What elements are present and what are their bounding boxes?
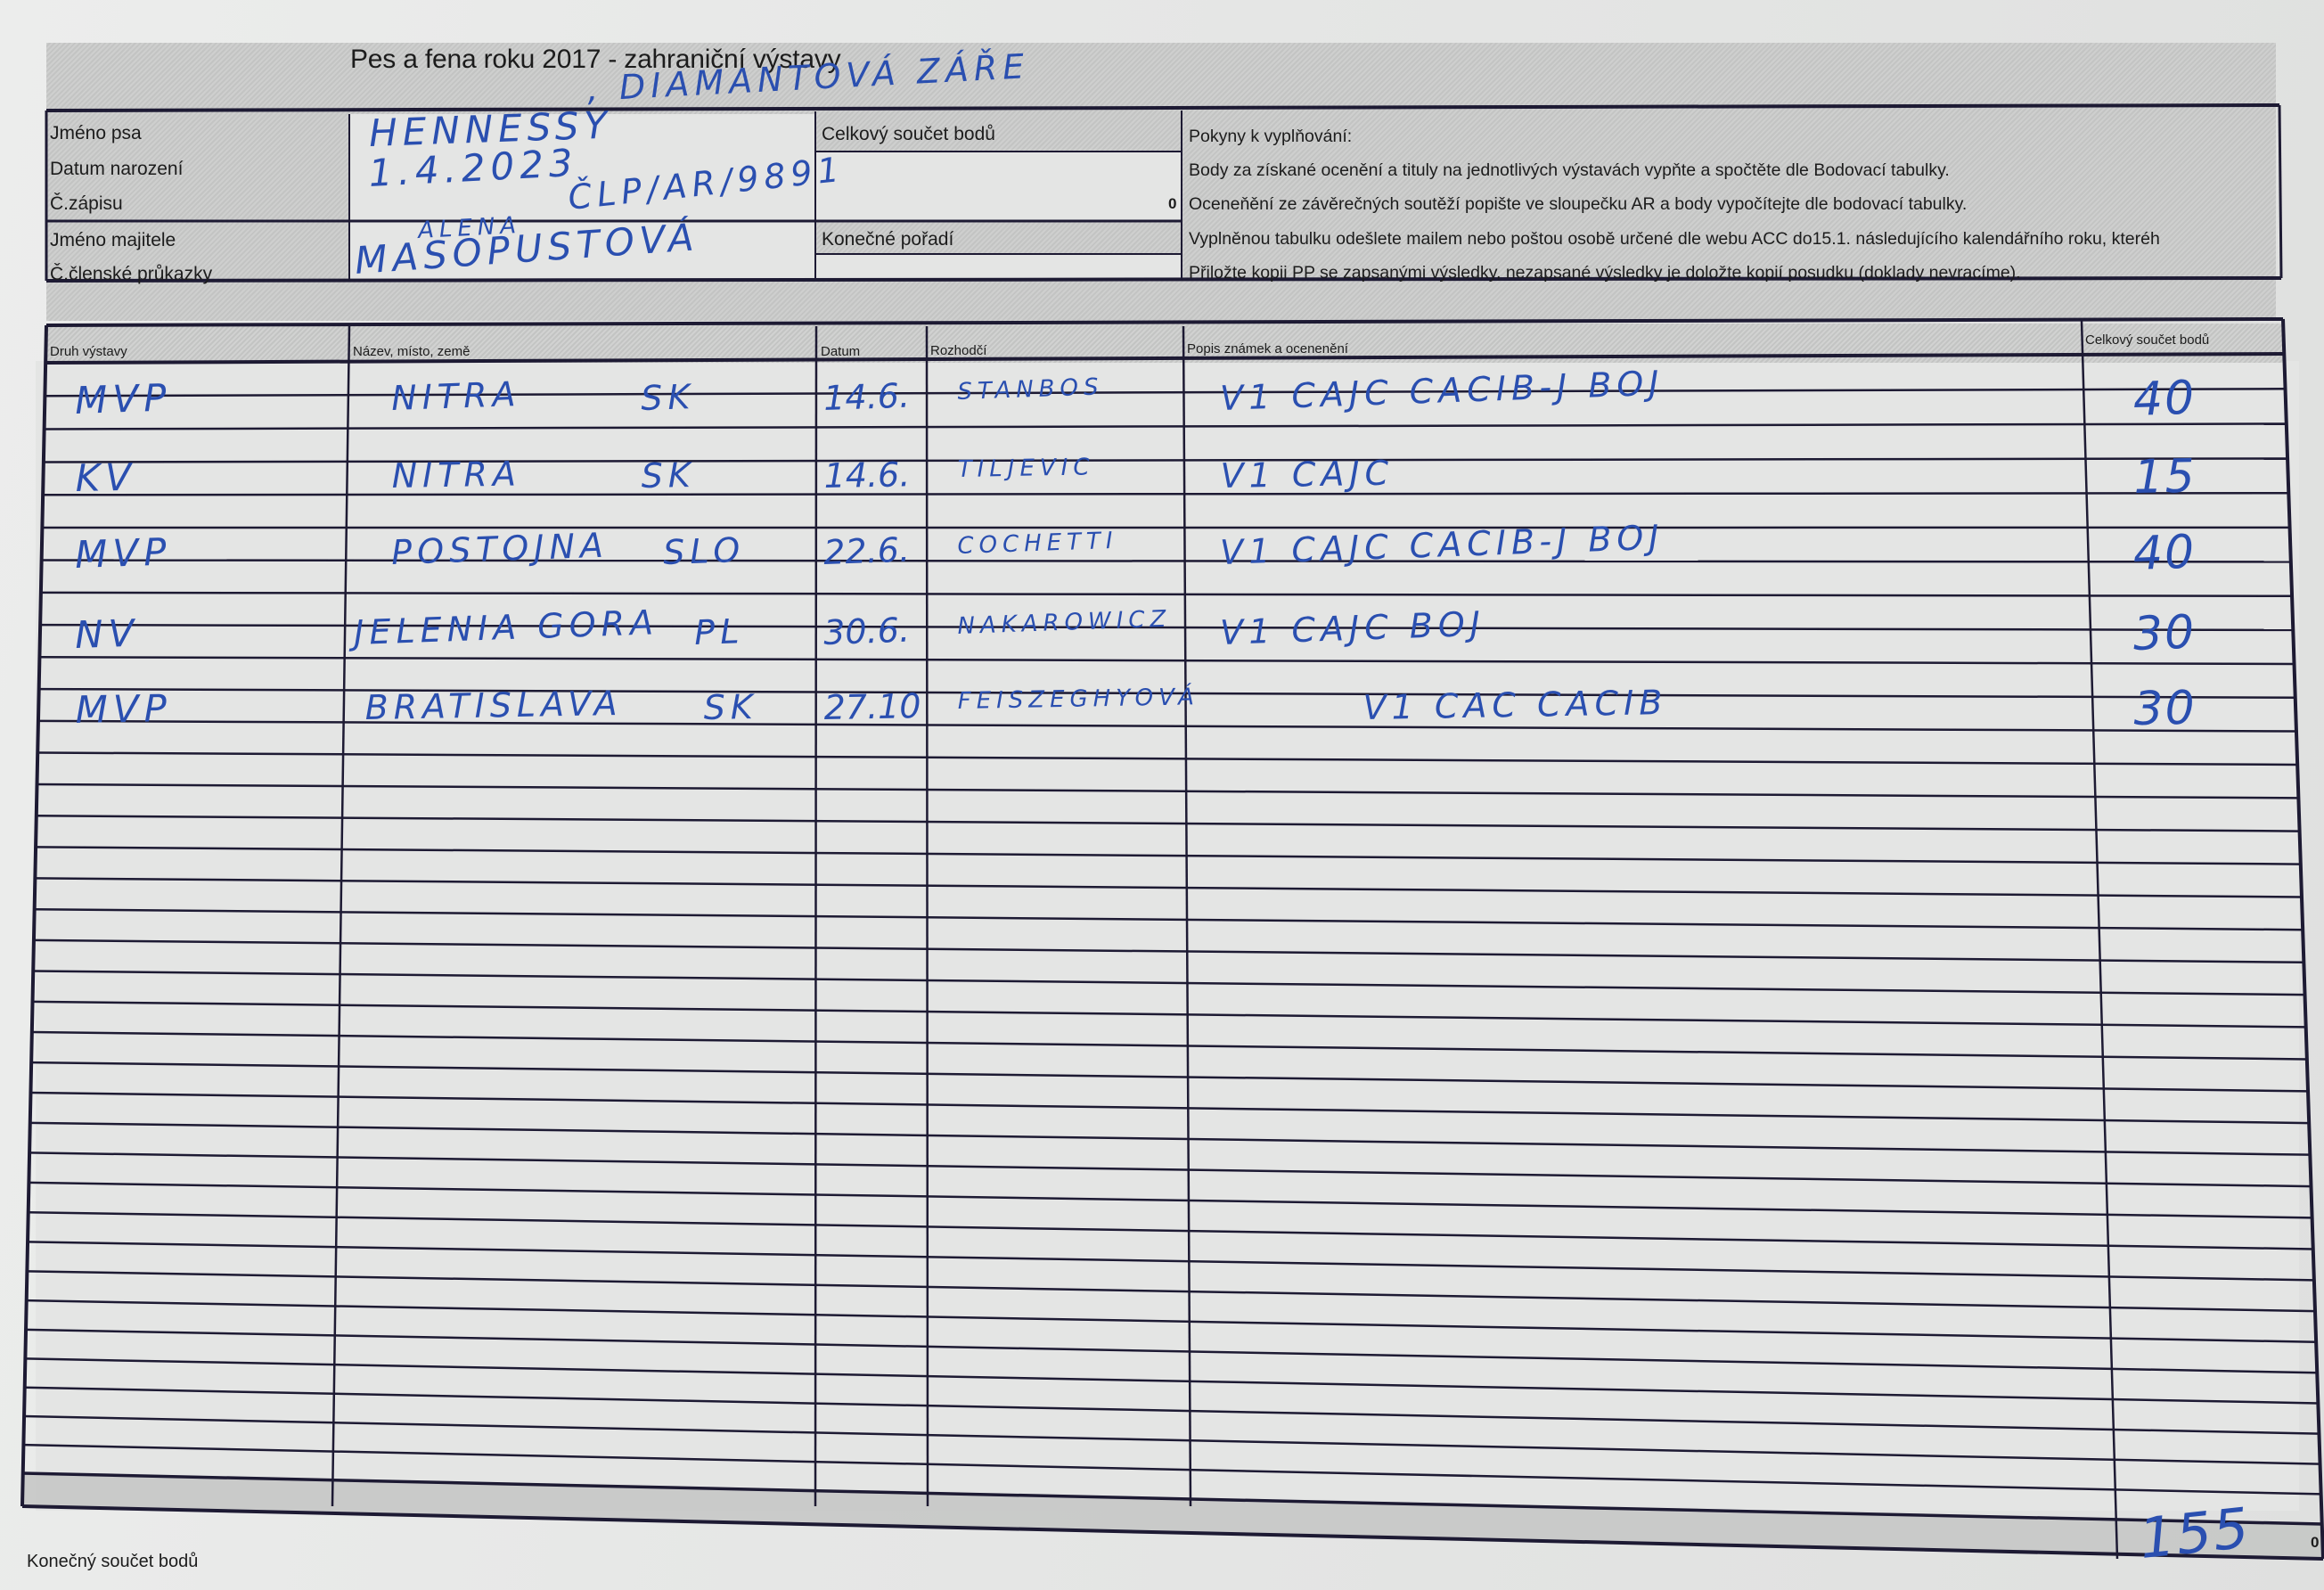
entry-date[interactable]: 27.10 — [823, 686, 921, 727]
header-show-type: Druh výstavy — [50, 344, 127, 359]
instruction-line: Body za získané ocenění a tituly na jedn… — [1189, 160, 1950, 181]
final-rank-label: Konečné pořadí — [822, 229, 953, 250]
entry-points[interactable]: 40 — [2132, 372, 2197, 427]
footer-total-printed: 0 — [2311, 1534, 2319, 1552]
header-judge: Rozhodčí — [930, 343, 986, 358]
instruction-line: Vyplněnou tabulku odešlete mailem nebo p… — [1189, 229, 2160, 250]
label-dog-name: Jméno psa — [50, 123, 142, 144]
entry-type[interactable]: KV — [75, 455, 136, 500]
entry-date[interactable]: 30.6. — [822, 611, 910, 652]
entry-country[interactable]: SK — [641, 455, 696, 496]
instruction-line: Oceneňění ze závěrečných soutěží popište… — [1189, 194, 1967, 215]
entry-points[interactable]: 30 — [2133, 682, 2197, 736]
label-owner-name: Jméno majitele — [50, 230, 176, 251]
footer-total-label: Konečný součet bodů — [27, 1552, 198, 1572]
label-membership-no: Č.členské průkazky — [50, 264, 212, 285]
entry-date[interactable]: 14.6. — [822, 376, 910, 418]
entry-type[interactable]: MVP — [74, 529, 172, 577]
entry-place[interactable]: NITRA — [391, 454, 521, 496]
entry-points[interactable]: 40 — [2132, 526, 2197, 581]
entry-awards[interactable]: V1 CAC CACIB — [1362, 683, 1667, 727]
entry-judge[interactable]: STANBOS — [957, 373, 1104, 406]
header-date: Datum — [821, 344, 860, 359]
entry-country[interactable]: PL — [693, 611, 745, 652]
entry-place[interactable]: NITRA — [390, 374, 521, 418]
entry-points[interactable]: 15 — [2133, 450, 2197, 504]
entry-type[interactable]: MVP — [75, 686, 172, 732]
entry-country[interactable]: SK — [640, 377, 696, 418]
label-birth-date: Datum narození — [50, 159, 183, 180]
header-points: Celkový součet bodů — [2085, 332, 2209, 348]
label-registration-no: Č.zápisu — [50, 193, 123, 215]
entry-date[interactable]: 22.6. — [822, 530, 910, 572]
footer-total-handwritten[interactable]: 155 — [2136, 1495, 2253, 1571]
entry-place[interactable]: POSTOJNA — [390, 526, 609, 572]
total-points-label: Celkový součet bodů — [822, 124, 995, 145]
entry-country[interactable]: SK — [703, 687, 758, 727]
header-name-place-country: Název, místo, země — [353, 344, 470, 359]
instructions-heading: Pokyny k vyplňování: — [1189, 127, 1352, 147]
entry-country[interactable]: SLO — [662, 530, 746, 572]
entry-judge[interactable]: COCHETTI — [957, 528, 1118, 560]
entry-judge[interactable]: TILJEVIC — [957, 454, 1094, 483]
entry-date[interactable]: 14.6. — [823, 455, 910, 496]
entry-place[interactable]: BRATISLAVA — [364, 684, 623, 727]
entry-type[interactable]: NV — [74, 611, 140, 657]
header-awards: Popis známek a ocenenění — [1187, 341, 1348, 357]
entry-judge[interactable]: FEISZEGHYOVÁ — [957, 684, 1199, 715]
instruction-line: Přiložte kopii PP se zapsanými výsledky,… — [1189, 263, 2021, 283]
entry-type[interactable]: MVP — [74, 375, 172, 422]
total-points-value: 0 — [1168, 195, 1176, 213]
entry-points[interactable]: 30 — [2132, 606, 2197, 661]
entry-awards[interactable]: V1 CAJC — [1220, 454, 1394, 496]
